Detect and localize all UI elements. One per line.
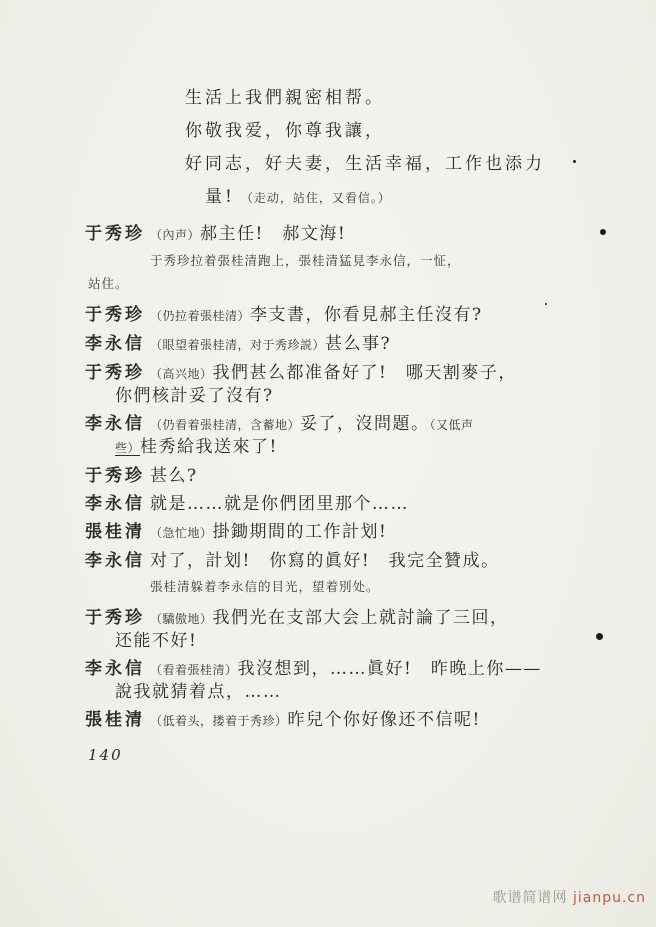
speaker-name: 李永信 (85, 493, 145, 515)
dialogue-text: 对了，計划! 你寫的眞好! 我完全贊成。 (150, 551, 500, 571)
dialogue-text: 我們甚么都准备好了! 哪天割麥子， (213, 363, 517, 383)
verse-line: 好同志，好夫妻，生活幸福，工作也添力 (185, 154, 656, 174)
text-block: 生活上我們親密相帮。 你敬我爱，你尊我讓， 好同志，好夫妻，生活幸福，工作也添力… (0, 88, 656, 764)
dialogue-entry: 李永信 对了，計划! 你寫的眞好! 我完全贊成。 (0, 550, 656, 572)
stage-direction-inline: （低着头，搂着于秀珍） (150, 714, 288, 728)
verse-line: 生活上我們親密相帮。 (185, 88, 656, 108)
dialogue-text: 昨兒个你好像还不信呢! (288, 710, 481, 730)
page-number: 140 (88, 746, 656, 764)
dialogue-entry: 李永信 就是……就是你們团里那个…… (0, 493, 656, 515)
dialogue-text: 妥了，沒問題。 (300, 414, 430, 434)
dialogue-text: 掛鋤期間的工作計划! (213, 522, 388, 542)
watermark: 歌谱简谱网 jianpu.cn (493, 887, 646, 907)
dialogue-text: 甚么事? (325, 334, 391, 354)
watermark-site-name: 歌谱简谱网 (493, 890, 568, 906)
stage-direction-inline: （走动，站住，又看信。） (241, 191, 391, 205)
dialogue-continuation: 还能不好! (115, 630, 656, 652)
dialogue-text: 甚么? (150, 466, 198, 486)
dialogue-text: 我們光在支部大会上就討論了三回， (213, 608, 509, 628)
speaker-name: 于秀珍 (85, 465, 145, 487)
speaker-name: 于秀珍 (85, 362, 145, 384)
dialogue-entry: 于秀珍 （內声）郝主任! 郝文海! (0, 223, 656, 246)
speaker-name: 李永信 (85, 658, 145, 680)
speaker-name: 李永信 (85, 413, 145, 435)
verse-line: 量!（走动，站住，又看信。） (205, 187, 656, 208)
dialogue-entry: 李永信 （看着張桂清）我沒想到，……眞好! 昨晚上你—— 說我就猜着点，…… (0, 658, 656, 703)
stage-direction-continuation: 站住。 (88, 275, 656, 292)
stage-direction-inline: （驕傲地） (150, 612, 213, 626)
dialogue-continuation: 說我就猜着点，…… (115, 681, 656, 703)
verse-last-word: 量! (205, 187, 235, 207)
watermark-site-url: jianpu.cn (573, 890, 646, 906)
dialogue-continuation: 些）桂秀給我送來了! (115, 436, 656, 459)
ink-speck (600, 229, 606, 235)
dialogue-entry: 于秀珍 （仍拉着張桂清）李支書，你看見郝主任沒有? (0, 304, 656, 327)
dialogue-entry: 張桂清 （急忙地）掛鋤期間的工作計划! (0, 521, 656, 544)
scanned-page: 生活上我們親密相帮。 你敬我爱，你尊我讓， 好同志，好夫妻，生活幸福，工作也添力… (0, 0, 656, 927)
speaker-name: 李永信 (85, 550, 145, 572)
dialogue-entry: 于秀珍 （驕傲地）我們光在支部大会上就討論了三回， 还能不好! (0, 607, 656, 652)
stage-direction-inline: （眼望着張桂清，对于秀珍説） (150, 338, 325, 352)
speaker-name: 李永信 (85, 333, 145, 355)
speaker-name: 張桂清 (85, 521, 145, 543)
speaker-name: 于秀珍 (85, 223, 145, 245)
speaker-name: 于秀珍 (85, 304, 145, 326)
dialogue-entry: 于秀珍 甚么? (0, 465, 656, 487)
dialogue-text: 就是……就是你們团里那个…… (150, 494, 409, 514)
dialogue-text: 郝主任! 郝文海! (200, 224, 346, 244)
stage-direction-inline: （內声） (150, 228, 200, 242)
dialogue-entry: 張桂清 （低着头，搂着于秀珍）昨兒个你好像还不信呢! (0, 709, 656, 732)
speaker-name: 于秀珍 (85, 607, 145, 629)
stage-direction-inline: （高兴地） (150, 367, 213, 381)
stage-direction-inline: （看着張桂清） (150, 663, 238, 677)
dialogue-entry: 李永信 （眼望着張桂清，对于秀珍説）甚么事? (0, 333, 656, 356)
stage-direction: 于秀珍拉着張桂清跑上，張桂清猛見李永信，一怔， (150, 252, 656, 269)
stage-direction-inline: （急忙地） (150, 526, 213, 540)
stage-direction-inline: 些） (115, 441, 140, 456)
verse-line: 你敬我爱，你尊我讓， (185, 121, 656, 141)
dialogue-text: 李支書，你看見郝主任沒有? (250, 305, 483, 325)
stage-direction: 張桂清躲着李永信的目光，望着別处。 (150, 578, 656, 595)
stage-direction-inline: （仍看着張桂清，含蓄地） (150, 418, 300, 432)
dialogue-entry: 于秀珍 （高兴地）我們甚么都准备好了! 哪天割麥子， 你們核計妥了沒有? (0, 362, 656, 407)
dialogue-entry: 李永信 （仍看着張桂清，含蓄地）妥了，沒問題。（又低声 些）桂秀給我送來了! (0, 413, 656, 459)
speaker-name: 張桂清 (85, 709, 145, 731)
dialogue-text: 我沒想到，……眞好! 昨晚上你—— (238, 659, 542, 679)
stage-direction-inline: （仍拉着張桂清） (150, 309, 250, 323)
stage-direction-inline: （又低声 (430, 418, 474, 432)
ink-speck (573, 160, 576, 163)
ink-speck (545, 303, 547, 305)
dialogue-continuation: 你們核計妥了沒有? (115, 385, 656, 407)
ink-speck (596, 633, 603, 640)
